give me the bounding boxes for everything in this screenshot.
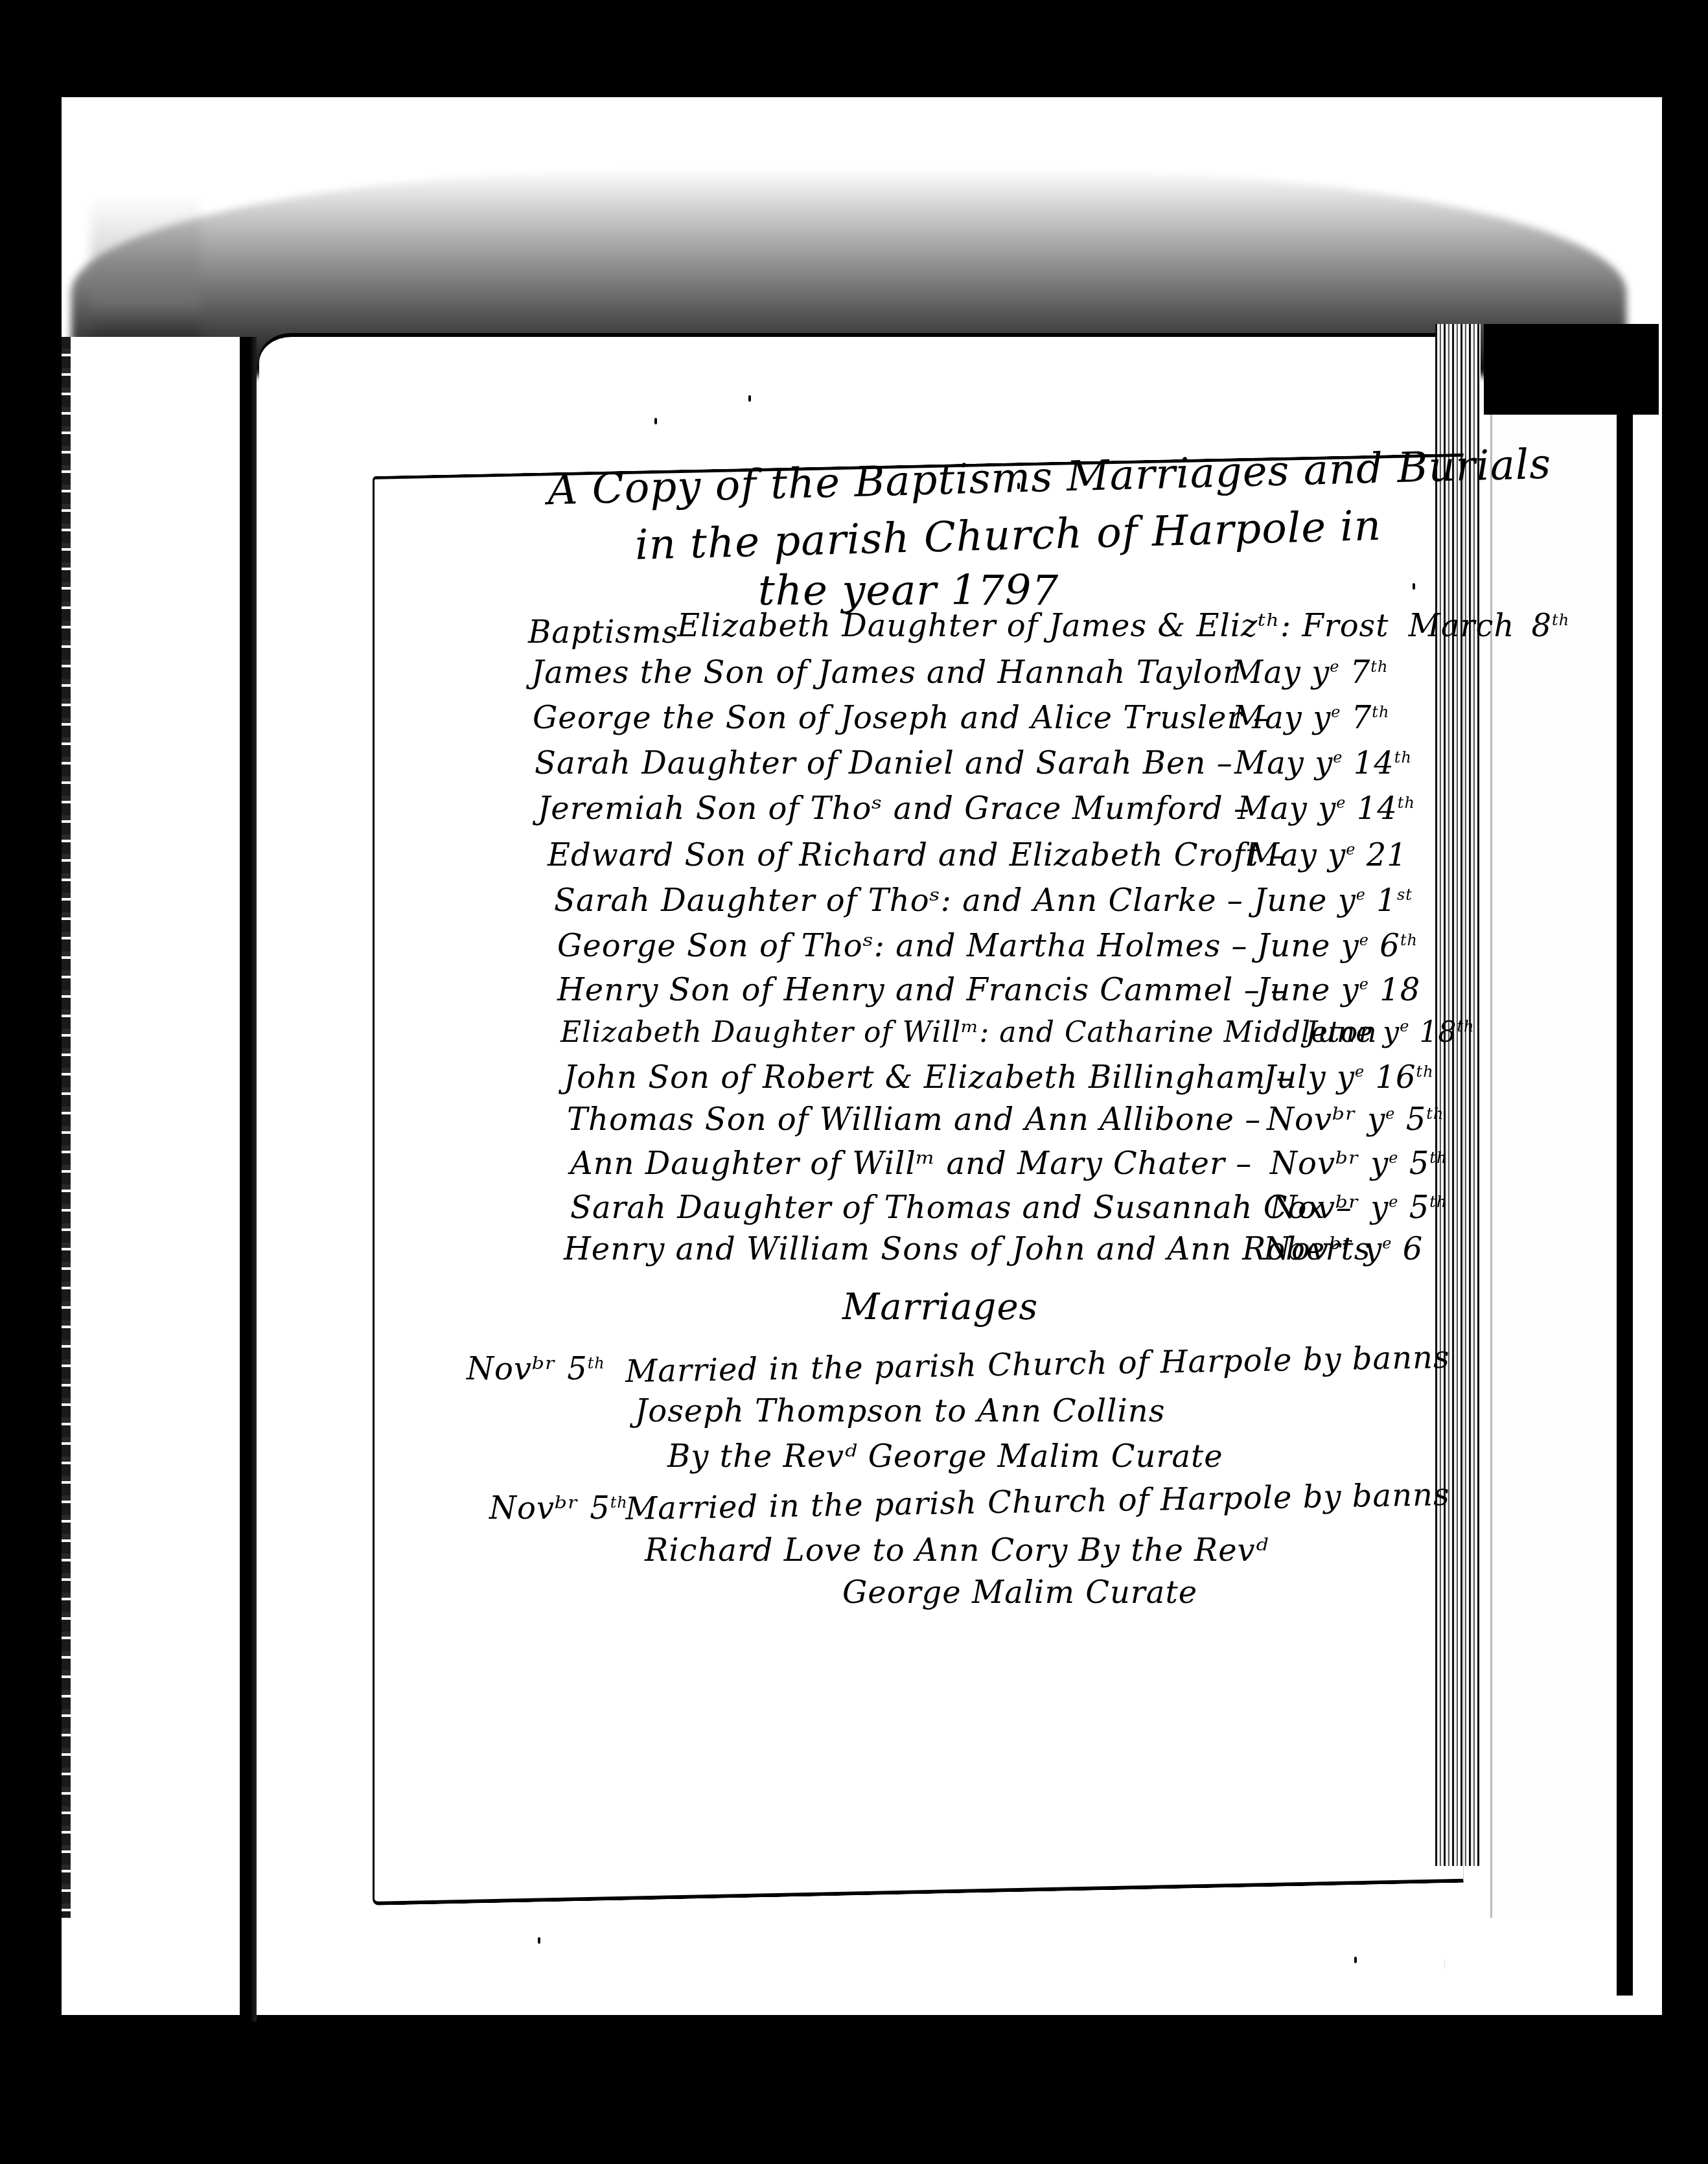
marriage-line: Richard Love to Ann Cory By the Revᵈ xyxy=(645,1532,1269,1569)
marriage-date-text: Novᵇʳ 5 xyxy=(467,1351,588,1387)
baptism-entry: Thomas Son of William and Ann Allibone –… xyxy=(567,1101,1461,1138)
entry-day-suffix: th xyxy=(1457,1017,1474,1035)
entry-date: July ye 16th xyxy=(1264,1059,1434,1096)
scan-speck xyxy=(538,1937,540,1944)
entry-day-suffix: th xyxy=(1394,748,1412,766)
entry-day: 5 xyxy=(1409,1145,1430,1182)
entry-date: May ye 14th xyxy=(1238,790,1415,827)
baptism-entry: George the Son of Joseph and Alice Trusl… xyxy=(533,700,1427,736)
entry-month: June xyxy=(1254,882,1327,919)
cover-spine-strip xyxy=(1617,324,1633,1996)
entry-day-suffix: th xyxy=(1370,658,1388,676)
entry-day: 5 xyxy=(1409,1190,1430,1226)
baptism-entry: John Son of Robert & Elizabeth Billingha… xyxy=(564,1059,1458,1096)
entry-day-suffix: th xyxy=(1398,794,1415,812)
baptism-entry: Sarah Daughter of Thomas and Susannah Co… xyxy=(570,1190,1464,1226)
marriage-line: George Malim Curate xyxy=(842,1574,1197,1611)
entry-month: May xyxy=(1232,700,1302,736)
scan-speck xyxy=(1413,583,1415,590)
entry-date: June ye 18 xyxy=(1257,972,1420,1008)
entry-text: Thomas Son of William and Ann Allibone – xyxy=(567,1101,1261,1138)
marriage-date: Novᵇʳ 5th xyxy=(467,1351,605,1387)
entry-day: 18 xyxy=(1379,972,1420,1008)
baptism-entry: Jeremiah Son of Thoˢ and Grace Mumford –… xyxy=(538,790,1432,827)
entry-day: 1 xyxy=(1376,882,1397,919)
baptism-entry: Sarah Daughter of Daniel and Sarah Ben –… xyxy=(535,745,1429,781)
entry-date: June ye 6th xyxy=(1257,928,1418,964)
entry-day: 21 xyxy=(1367,837,1407,873)
entry-text: Henry and William Sons of John and Ann R… xyxy=(564,1231,1370,1267)
entry-day-suffix: th xyxy=(1426,1105,1444,1123)
entry-day-suffix: th xyxy=(1416,1063,1434,1081)
book-gutter xyxy=(240,337,257,2021)
entry-date: Novᵇʳ ye 5th xyxy=(1270,1190,1447,1226)
entry-date: June ye 18th xyxy=(1306,1016,1475,1049)
entry-date: May ye 7th xyxy=(1232,700,1389,736)
baptism-entry: Ann Daughter of Willᵐ and Mary Chater – … xyxy=(570,1145,1464,1182)
marriage-date-suffix: th xyxy=(588,1354,605,1372)
baptism-entry: James the Son of James and Hannah Taylor… xyxy=(531,654,1425,691)
marriage-date-text: Novᵇʳ 5 xyxy=(489,1490,610,1526)
entry-month: Novᵇʳ xyxy=(1264,1231,1354,1267)
baptism-entry: Henry and William Sons of John and Ann R… xyxy=(564,1231,1458,1267)
entry-text: George Son of Thoˢ: and Martha Holmes – xyxy=(557,928,1248,964)
entry-text: Elizabeth Daughter of Willᵐ: and Cathari… xyxy=(560,1016,1378,1049)
baptism-entry: George Son of Thoˢ: and Martha Holmes – … xyxy=(557,928,1451,964)
entry-date: June ye 1st xyxy=(1254,882,1413,919)
entry-date: Novᵇʳ ye 5th xyxy=(1267,1101,1444,1138)
entry-text: Henry Son of Henry and Francis Cammel – … xyxy=(557,972,1287,1008)
entry-text: Sarah Daughter of Thoˢ: and Ann Clarke – xyxy=(554,882,1243,919)
baptism-entry: Elizabeth Daughter of James & Elizᵗʰ: Fr… xyxy=(677,608,1569,644)
entry-day: 7 xyxy=(1350,654,1371,691)
entry-day: 14 xyxy=(1357,790,1398,827)
baptism-entry: Elizabeth Daughter of Willᵐ: and Cathari… xyxy=(560,1016,1455,1049)
entry-date: May ye 7th xyxy=(1231,654,1388,691)
entry-date: Novᵇʳ ye 5th xyxy=(1270,1145,1447,1182)
entry-month: May xyxy=(1231,654,1301,691)
entry-day: 6 xyxy=(1379,928,1400,964)
entry-month: Novᵇʳ xyxy=(1270,1190,1360,1226)
baptism-entry: Sarah Daughter of Thoˢ: and Ann Clarke –… xyxy=(554,882,1448,919)
scan-speck xyxy=(654,418,657,424)
entry-day-suffix: st xyxy=(1397,886,1413,904)
entry-month: Novᵇʳ xyxy=(1270,1145,1360,1182)
marriage-date: Novᵇʳ 5th xyxy=(489,1490,628,1526)
entry-month: July xyxy=(1264,1059,1326,1096)
entry-day: 6 xyxy=(1403,1231,1424,1267)
entry-month: March xyxy=(1409,608,1515,644)
entry-day: 16 xyxy=(1375,1059,1416,1096)
left-page xyxy=(62,337,249,1918)
entry-text: Ann Daughter of Willᵐ and Mary Chater – xyxy=(570,1145,1252,1182)
entry-day-suffix: th xyxy=(1372,703,1389,721)
entry-text: Elizabeth Daughter of James & Elizᵗʰ: Fr… xyxy=(677,608,1389,644)
entry-day-suffix: th xyxy=(1400,931,1418,949)
entry-month: May xyxy=(1247,837,1317,873)
scan-speck xyxy=(748,395,751,402)
entry-text: James the Son of James and Hannah Taylor xyxy=(531,654,1238,691)
baptism-entry: Edward Son of Richard and Elizabeth Crof… xyxy=(548,837,1442,873)
entry-date: May ye 21 xyxy=(1247,837,1407,873)
scan-speck xyxy=(1017,483,1020,489)
scan-speck xyxy=(1354,1957,1357,1963)
entry-date: May ye 14th xyxy=(1234,745,1412,781)
marriage-line: By the Revᵈ George Malim Curate xyxy=(667,1438,1223,1475)
entry-text: Jeremiah Son of Thoˢ and Grace Mumford – xyxy=(538,790,1250,827)
entry-day-suffix: th xyxy=(1552,611,1569,629)
entry-text: Edward Son of Richard and Elizabeth Crof… xyxy=(548,837,1286,873)
entry-day: 7 xyxy=(1352,700,1372,736)
entry-day: 8 xyxy=(1532,608,1552,644)
entry-month: May xyxy=(1234,745,1304,781)
entry-month: June xyxy=(1257,972,1330,1008)
entry-day: 14 xyxy=(1354,745,1394,781)
baptism-entry: Henry Son of Henry and Francis Cammel – … xyxy=(557,972,1451,1008)
entry-day: 5 xyxy=(1406,1101,1427,1138)
entry-month: June xyxy=(1257,928,1330,964)
marriages-heading: Marriages xyxy=(842,1286,1038,1328)
entry-day-suffix: th xyxy=(1429,1149,1447,1167)
entry-date: Novᵇʳ ye 6 xyxy=(1264,1231,1423,1267)
marriage-line: Joseph Thompson to Ann Collins xyxy=(635,1393,1165,1429)
entry-day-suffix: th xyxy=(1429,1193,1447,1211)
left-page-edge xyxy=(62,337,71,1918)
entry-month: June xyxy=(1306,1016,1373,1049)
entry-text: Sarah Daughter of Thomas and Susannah Co… xyxy=(570,1190,1352,1226)
entry-day: 18 xyxy=(1419,1016,1457,1049)
entry-month: Novᵇʳ xyxy=(1267,1101,1357,1138)
entry-text: Sarah Daughter of Daniel and Sarah Ben – xyxy=(535,745,1233,781)
entry-month: May xyxy=(1238,790,1308,827)
baptisms-heading: Baptisms xyxy=(528,614,678,650)
entry-text: John Son of Robert & Elizabeth Billingha… xyxy=(564,1059,1293,1096)
entry-text: George the Son of Joseph and Alice Trusl… xyxy=(533,700,1269,736)
